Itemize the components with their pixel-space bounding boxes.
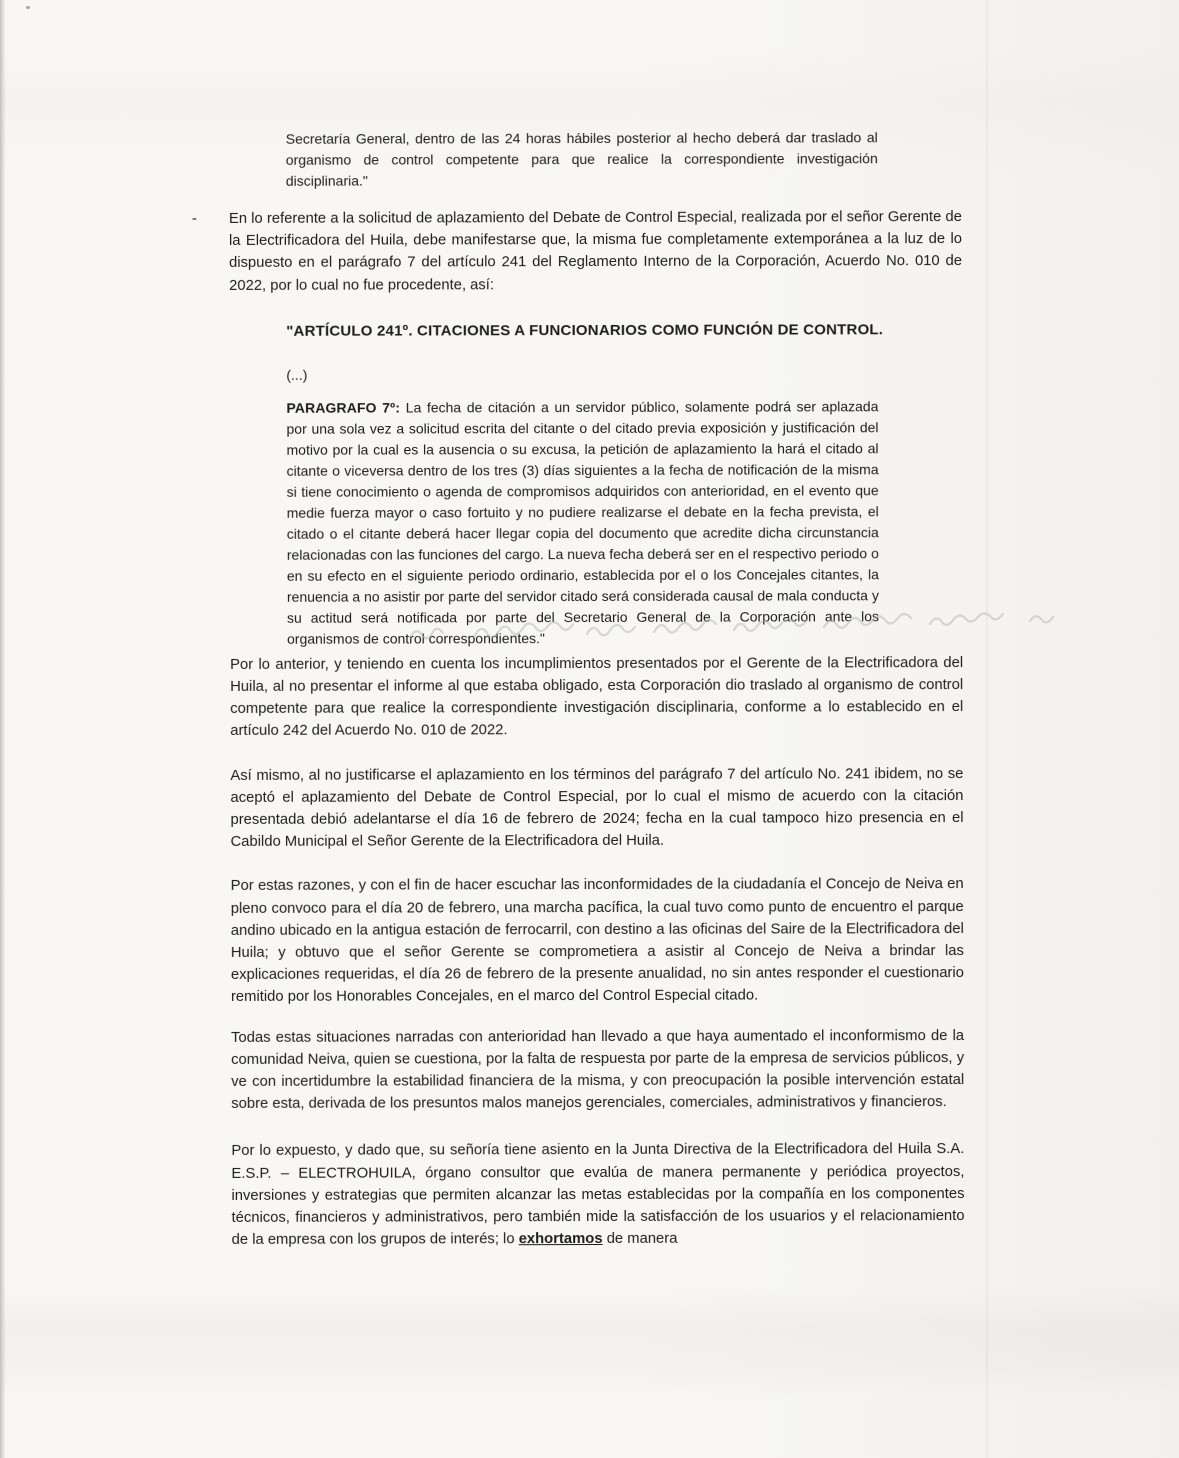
scan-band-bottom bbox=[0, 1288, 1179, 1398]
paragraph-solicitud-aplazamiento-text: En lo referente a la solicitud de aplaza… bbox=[229, 209, 962, 294]
paragraph-por-estas-razones: Por estas razones, y con el fin de hacer… bbox=[231, 873, 964, 1008]
heading-articulo-241: "ARTÍCULO 241º. CITACIONES A FUNCIONARIO… bbox=[286, 319, 962, 343]
paragrafo-7-label: PARAGRAFO 7º: bbox=[286, 399, 400, 415]
paragraph-por-lo-expuesto: Por lo expuesto, y dado que, su señoría … bbox=[231, 1139, 964, 1252]
paragraph-solicitud-aplazamiento: - En lo referente a la solicitud de apla… bbox=[229, 206, 962, 297]
scanned-document-page: Secretaría General, dentro de las 24 hor… bbox=[0, 0, 1179, 1458]
quote-block-secretaria-general: Secretaría General, dentro de las 24 hor… bbox=[286, 127, 878, 192]
por-lo-expuesto-tail: de manera bbox=[603, 1231, 678, 1247]
paragraph-asi-mismo: Así mismo, al no justificarse el aplazam… bbox=[230, 763, 963, 854]
paragraph-todas-estas-situaciones: Todas estas situaciones narradas con ant… bbox=[231, 1025, 964, 1116]
scan-seam bbox=[986, 0, 988, 1458]
faint-handwriting-artifact bbox=[382, 608, 1082, 650]
paragraph-por-lo-anterior: Por lo anterior, y teniendo en cuenta lo… bbox=[230, 652, 963, 743]
exhortamos-emphasis: exhortamos bbox=[519, 1231, 603, 1247]
scan-speck bbox=[26, 6, 30, 9]
scan-left-edge bbox=[0, 0, 6, 1458]
list-dash-marker: - bbox=[192, 208, 197, 230]
ellipsis-marker: (...) bbox=[286, 362, 962, 386]
